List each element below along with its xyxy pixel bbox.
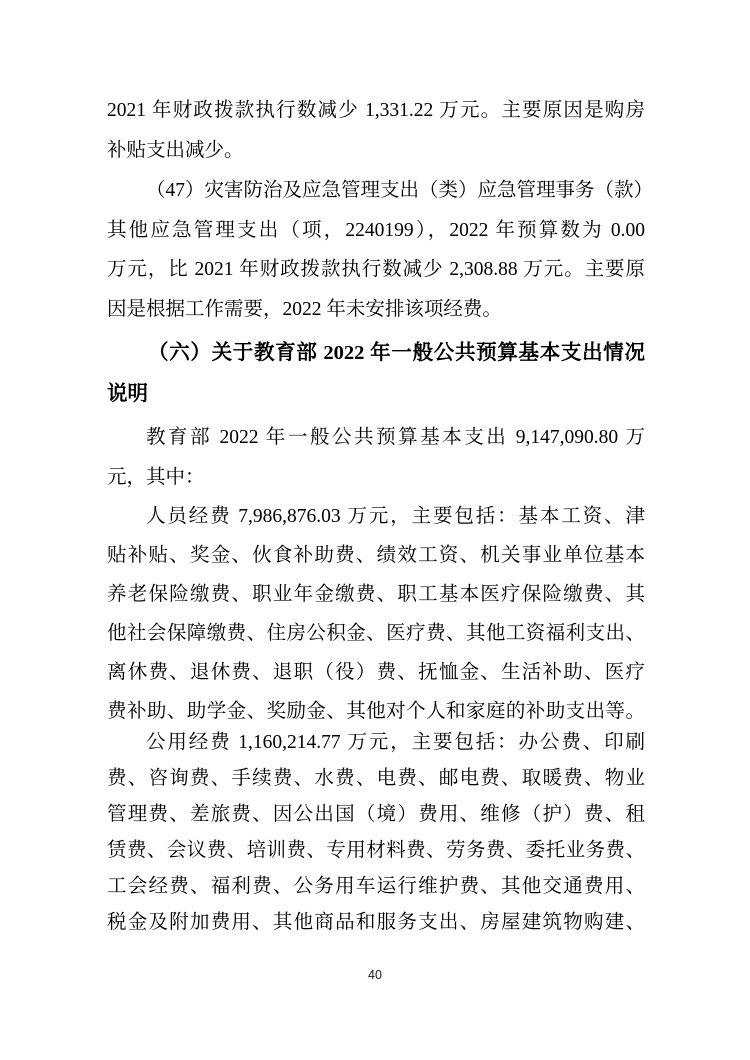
text-line: 养老保险缴费、职业年金缴费、职工基本医疗保险缴费、其 (107, 575, 645, 614)
text-line: 管理费、差旅费、因公出国（境）费用、维修（护）费、租 (107, 797, 645, 833)
paragraph-47-emergency-management: （47）灾害防治及应急管理支出（类）应急管理事务（款） 其他应急管理支出（项，2… (107, 171, 645, 329)
section-heading: （六）关于教育部 2022 年一般公共预算基本支出情况 说明 (107, 333, 645, 415)
text-line: 公用经费 1,160,214.77 万元，主要包括：办公费、印刷 (107, 725, 645, 761)
heading-line: （六）关于教育部 2022 年一般公共预算基本支出情况 (107, 333, 645, 374)
text-line: 赁费、会议费、培训费、专用材料费、劳务费、委托业务费、 (107, 833, 645, 869)
text-line: 元，其中： (107, 458, 645, 498)
page-number: 40 (0, 968, 750, 982)
text-line: 教育部 2022 年一般公共预算基本支出 9,147,090.80 万 (107, 418, 645, 458)
text-line: 万元，比 2021 年财政拨款执行数减少 2,308.88 万元。主要原 (107, 250, 645, 290)
text-line: 费、咨询费、手续费、水费、电费、邮电费、取暖费、物业 (107, 761, 645, 797)
text-line: 2021 年财政拨款执行数减少 1,331.22 万元。主要原因是购房 (107, 91, 645, 131)
text-line: 他社会保障缴费、住房公积金、医疗费、其他工资福利支出、 (107, 614, 645, 653)
text-line: （47）灾害防治及应急管理支出（类）应急管理事务（款） (107, 171, 645, 211)
paragraph-personnel-expenses: 人员经费 7,986,876.03 万元，主要包括：基本工资、津 贴补贴、奖金、… (107, 497, 645, 731)
heading-line: 说明 (107, 374, 645, 415)
document-page: 2021 年财政拨款执行数减少 1,331.22 万元。主要原因是购房 补贴支出… (0, 0, 750, 1060)
text-line: 补贴支出减少。 (107, 131, 645, 171)
paragraph-2021-execution-decrease: 2021 年财政拨款执行数减少 1,331.22 万元。主要原因是购房 补贴支出… (107, 91, 645, 171)
text-line: 贴补贴、奖金、伙食补助费、绩效工资、机关事业单位基本 (107, 536, 645, 575)
text-line: 工会经费、福利费、公务用车运行维护费、其他交通费用、 (107, 869, 645, 905)
paragraph-basic-expenditure-total: 教育部 2022 年一般公共预算基本支出 9,147,090.80 万 元，其中… (107, 418, 645, 498)
text-line: 其他应急管理支出（项，2240199），2022 年预算数为 0.00 (107, 211, 645, 251)
text-line: 因是根据工作需要，2022 年未安排该项经费。 (107, 290, 645, 330)
text-line: 税金及附加费用、其他商品和服务支出、房屋建筑物购建、 (107, 905, 645, 941)
text-line: 离休费、退休费、退职（役）费、抚恤金、生活补助、医疗 (107, 653, 645, 692)
paragraph-public-expenses: 公用经费 1,160,214.77 万元，主要包括：办公费、印刷 费、咨询费、手… (107, 725, 645, 941)
text-line: 人员经费 7,986,876.03 万元，主要包括：基本工资、津 (107, 497, 645, 536)
